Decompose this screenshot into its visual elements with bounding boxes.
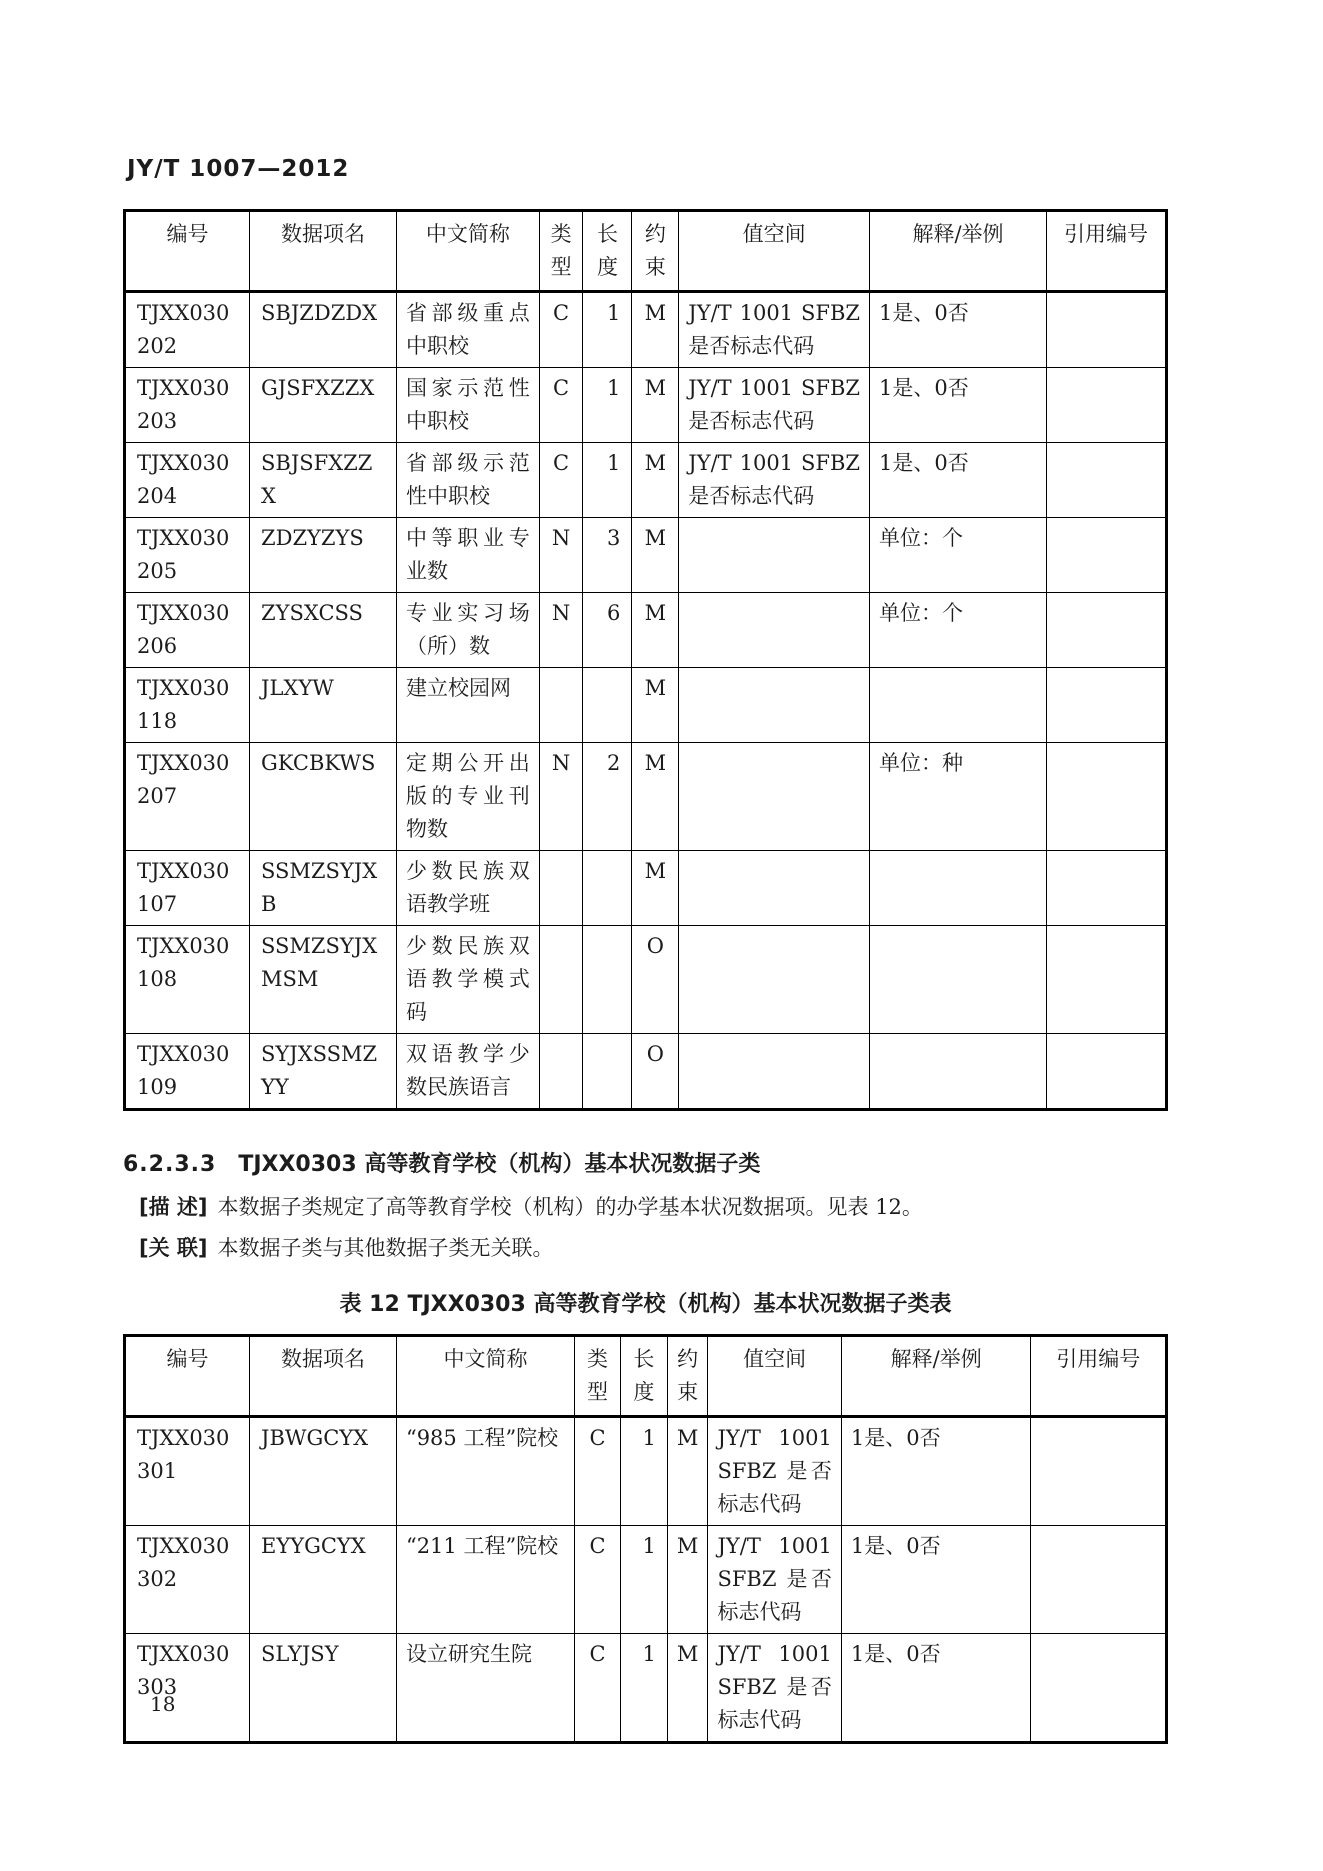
table-cell: M <box>667 1417 708 1526</box>
table-row: TJXX030107SSMZSYJXB少数民族双语教学班M <box>125 851 1167 926</box>
table-cell <box>1031 1526 1167 1634</box>
table-cell: 1 <box>583 443 632 518</box>
column-header: 长度 <box>620 1336 667 1417</box>
table-cell <box>869 851 1046 926</box>
table-cell: 1是、0否 <box>869 443 1046 518</box>
table-cell <box>539 926 583 1034</box>
table-cell: M <box>632 743 679 851</box>
description-paragraph: [描 述]本数据子类规定了高等教育学校（机构）的办学基本状况数据项。见表 12。 <box>123 1192 1168 1222</box>
table-cell: N <box>539 743 583 851</box>
table-cell: C <box>575 1417 621 1526</box>
column-header: 引用编号 <box>1031 1336 1167 1417</box>
table-cell: JY/T 1001 SFBZ 是否标志代码 <box>679 292 870 368</box>
table-cell <box>1047 368 1167 443</box>
table-cell: 1 <box>583 292 632 368</box>
table-cell: M <box>632 443 679 518</box>
table-12-caption: 表 12 TJXX0303 高等教育学校（机构）基本状况数据子类表 <box>123 1287 1168 1318</box>
table-row: TJXX030206ZYSXCSS专业实习场（所）数N6M单位：个 <box>125 593 1167 668</box>
table-row: TJXX030207GKCBKWS定期公开出版的专业刊物数N2M单位：种 <box>125 743 1167 851</box>
table-row: TJXX030108SSMZSYJXMSM少数民族双语教学模式码O <box>125 926 1167 1034</box>
table-cell: SLYJSY <box>250 1634 397 1743</box>
table-cell <box>679 851 870 926</box>
table-cell: JY/T 1001 SFBZ 是否标志代码 <box>708 1417 841 1526</box>
table-cell <box>539 1034 583 1110</box>
table-cell: SSMZSYJXMSM <box>250 926 397 1034</box>
table-cell: M <box>632 668 679 743</box>
table-cell: JY/T 1001 SFBZ 是否标志代码 <box>679 368 870 443</box>
table-cell <box>1047 743 1167 851</box>
table-cell: 建立校园网 <box>396 668 539 743</box>
table-cell: 1是、0否 <box>869 292 1046 368</box>
table-cell <box>869 926 1046 1034</box>
table-cell: 2 <box>583 743 632 851</box>
table-cell: SYJXSSMZYY <box>250 1034 397 1110</box>
table-cell: JY/T 1001 SFBZ 是否标志代码 <box>708 1634 841 1743</box>
table-cell: 1是、0否 <box>841 1634 1031 1743</box>
page-content: JY/T 1007—2012 编号数据项名中文简称类型长度约束值空间解释/举例引… <box>0 0 1323 1744</box>
column-header: 编号 <box>125 211 250 292</box>
column-header: 值空间 <box>708 1336 841 1417</box>
table-cell: SBJZDZDX <box>250 292 397 368</box>
table-cell: TJXX030206 <box>125 593 250 668</box>
table-cell: TJXX030108 <box>125 926 250 1034</box>
table-row: TJXX030303SLYJSY设立研究生院C1MJY/T 1001 SFBZ … <box>125 1634 1167 1743</box>
table-cell: TJXX030205 <box>125 518 250 593</box>
table-cell <box>679 926 870 1034</box>
table-cell: 国家示范性中职校 <box>396 368 539 443</box>
document-page: JY/T 1007—2012 编号数据项名中文简称类型长度约束值空间解释/举例引… <box>0 0 1323 1871</box>
relation-label: [关 联] <box>139 1236 208 1260</box>
data-subclass-table-12: 编号数据项名中文简称类型长度约束值空间解释/举例引用编号 TJXX030301J… <box>123 1334 1168 1744</box>
table-cell: 6 <box>583 593 632 668</box>
table-cell: JY/T 1001 SFBZ 是否标志代码 <box>708 1526 841 1634</box>
table-cell: 双语教学少数民族语言 <box>396 1034 539 1110</box>
table-cell: 1 <box>620 1526 667 1634</box>
table-row: TJXX030109SYJXSSMZYY双语教学少数民族语言O <box>125 1034 1167 1110</box>
table-cell <box>1047 593 1167 668</box>
table-cell <box>1047 926 1167 1034</box>
relation-paragraph: [关 联]本数据子类与其他数据子类无关联。 <box>123 1233 1168 1263</box>
table-cell: M <box>667 1526 708 1634</box>
column-header: 值空间 <box>679 211 870 292</box>
table-cell: M <box>667 1634 708 1743</box>
table-cell: TJXX030204 <box>125 443 250 518</box>
table-cell: C <box>575 1526 621 1634</box>
table-cell: “211 工程”院校 <box>396 1526 574 1634</box>
table-cell: 少数民族双语教学班 <box>396 851 539 926</box>
table-cell: TJXX030109 <box>125 1034 250 1110</box>
column-header: 中文简称 <box>396 211 539 292</box>
table-cell: EYYGCYX <box>250 1526 397 1634</box>
table-cell <box>1047 292 1167 368</box>
column-header: 长度 <box>583 211 632 292</box>
table-cell: 单位：种 <box>869 743 1046 851</box>
section-number: 6.2.3.3 <box>123 1152 216 1177</box>
table-cell: 单位：个 <box>869 518 1046 593</box>
table-cell: SBJSFXZZX <box>250 443 397 518</box>
table-cell <box>1047 518 1167 593</box>
table-cell <box>1047 1034 1167 1110</box>
table-cell <box>1047 443 1167 518</box>
table-cell: TJXX030118 <box>125 668 250 743</box>
table-cell: 中等职业专业数 <box>396 518 539 593</box>
table-row: TJXX030302EYYGCYX“211 工程”院校C1MJY/T 1001 … <box>125 1526 1167 1634</box>
table-cell: O <box>632 926 679 1034</box>
column-header: 约束 <box>667 1336 708 1417</box>
table-cell: C <box>539 368 583 443</box>
table-cell: N <box>539 518 583 593</box>
table-cell <box>583 668 632 743</box>
table-cell: 省部级重点中职校 <box>396 292 539 368</box>
description-label: [描 述] <box>139 1195 208 1219</box>
table-cell: ZDZYZYS <box>250 518 397 593</box>
relation-text: 本数据子类与其他数据子类无关联。 <box>218 1236 554 1260</box>
column-header: 中文简称 <box>396 1336 574 1417</box>
table-cell: TJXX030302 <box>125 1526 250 1634</box>
table-cell: JLXYW <box>250 668 397 743</box>
column-header: 约束 <box>632 211 679 292</box>
table-cell: M <box>632 851 679 926</box>
table-cell: C <box>539 443 583 518</box>
table-cell: M <box>632 292 679 368</box>
table-cell <box>583 851 632 926</box>
table-cell <box>679 743 870 851</box>
table-cell: GJSFXZZX <box>250 368 397 443</box>
table-cell <box>583 1034 632 1110</box>
page-number: 18 <box>150 1692 175 1716</box>
table-row: TJXX030118JLXYW建立校园网M <box>125 668 1167 743</box>
column-header: 引用编号 <box>1047 211 1167 292</box>
table-cell <box>1031 1634 1167 1743</box>
table-cell <box>869 1034 1046 1110</box>
table-cell <box>1047 851 1167 926</box>
table-row: TJXX030205ZDZYZYS中等职业专业数N3M单位：个 <box>125 518 1167 593</box>
table-cell: 1是、0否 <box>869 368 1046 443</box>
table-cell <box>539 851 583 926</box>
table-cell: TJXX030301 <box>125 1417 250 1526</box>
table-cell <box>583 926 632 1034</box>
table-cell: 设立研究生院 <box>396 1634 574 1743</box>
table-cell: M <box>632 593 679 668</box>
table-cell: 1 <box>583 368 632 443</box>
table-cell: 少数民族双语教学模式码 <box>396 926 539 1034</box>
table-cell: ZYSXCSS <box>250 593 397 668</box>
table-cell: C <box>575 1634 621 1743</box>
table-cell: “985 工程”院校 <box>396 1417 574 1526</box>
table-cell: GKCBKWS <box>250 743 397 851</box>
table-cell <box>679 668 870 743</box>
table-cell: 单位：个 <box>869 593 1046 668</box>
column-header: 数据项名 <box>250 1336 397 1417</box>
table-cell: TJXX030202 <box>125 292 250 368</box>
table-cell: O <box>632 1034 679 1110</box>
description-text: 本数据子类规定了高等教育学校（机构）的办学基本状况数据项。见表 12。 <box>218 1195 923 1219</box>
document-number: JY/T 1007—2012 <box>127 156 1168 182</box>
table-cell: TJXX030303 <box>125 1634 250 1743</box>
table-cell <box>679 1034 870 1110</box>
table-row: TJXX030203GJSFXZZX国家示范性中职校C1MJY/T 1001 S… <box>125 368 1167 443</box>
table-cell: N <box>539 593 583 668</box>
table-cell: C <box>539 292 583 368</box>
table-row: TJXX030202SBJZDZDX省部级重点中职校C1MJY/T 1001 S… <box>125 292 1167 368</box>
table-cell: 专业实习场（所）数 <box>396 593 539 668</box>
column-header: 解释/举例 <box>869 211 1046 292</box>
table-cell: JBWGCYX <box>250 1417 397 1526</box>
section-title: TJXX0303 高等教育学校（机构）基本状况数据子类 <box>238 1152 760 1177</box>
table-row: TJXX030204SBJSFXZZX省部级示范性中职校C1MJY/T 1001… <box>125 443 1167 518</box>
column-header: 类型 <box>539 211 583 292</box>
table-cell: SSMZSYJXB <box>250 851 397 926</box>
table-cell: 1 <box>620 1417 667 1526</box>
data-subclass-table-11: 编号数据项名中文简称类型长度约束值空间解释/举例引用编号 TJXX030202S… <box>123 209 1168 1111</box>
table-header-row: 编号数据项名中文简称类型长度约束值空间解释/举例引用编号 <box>125 1336 1167 1417</box>
table-cell: 3 <box>583 518 632 593</box>
column-header: 类型 <box>575 1336 621 1417</box>
table-cell: M <box>632 518 679 593</box>
table-cell <box>679 593 870 668</box>
table-cell: 定期公开出版的专业刊物数 <box>396 743 539 851</box>
table-cell <box>539 668 583 743</box>
table-cell <box>1031 1417 1167 1526</box>
table-cell: 1是、0否 <box>841 1526 1031 1634</box>
table-cell: M <box>632 368 679 443</box>
column-header: 解释/举例 <box>841 1336 1031 1417</box>
table-cell: TJXX030207 <box>125 743 250 851</box>
column-header: 编号 <box>125 1336 250 1417</box>
table-cell: 1是、0否 <box>841 1417 1031 1526</box>
table-cell <box>679 518 870 593</box>
table-cell: TJXX030107 <box>125 851 250 926</box>
table-cell: 省部级示范性中职校 <box>396 443 539 518</box>
table-cell: JY/T 1001 SFBZ 是否标志代码 <box>679 443 870 518</box>
table-cell <box>869 668 1046 743</box>
table-row: TJXX030301JBWGCYX“985 工程”院校C1MJY/T 1001 … <box>125 1417 1167 1526</box>
table-cell: TJXX030203 <box>125 368 250 443</box>
table-cell: 1 <box>620 1634 667 1743</box>
column-header: 数据项名 <box>250 211 397 292</box>
table-cell <box>1047 668 1167 743</box>
table-header-row: 编号数据项名中文简称类型长度约束值空间解释/举例引用编号 <box>125 211 1167 292</box>
section-heading: 6.2.3.3TJXX0303 高等教育学校（机构）基本状况数据子类 <box>123 1147 1168 1178</box>
